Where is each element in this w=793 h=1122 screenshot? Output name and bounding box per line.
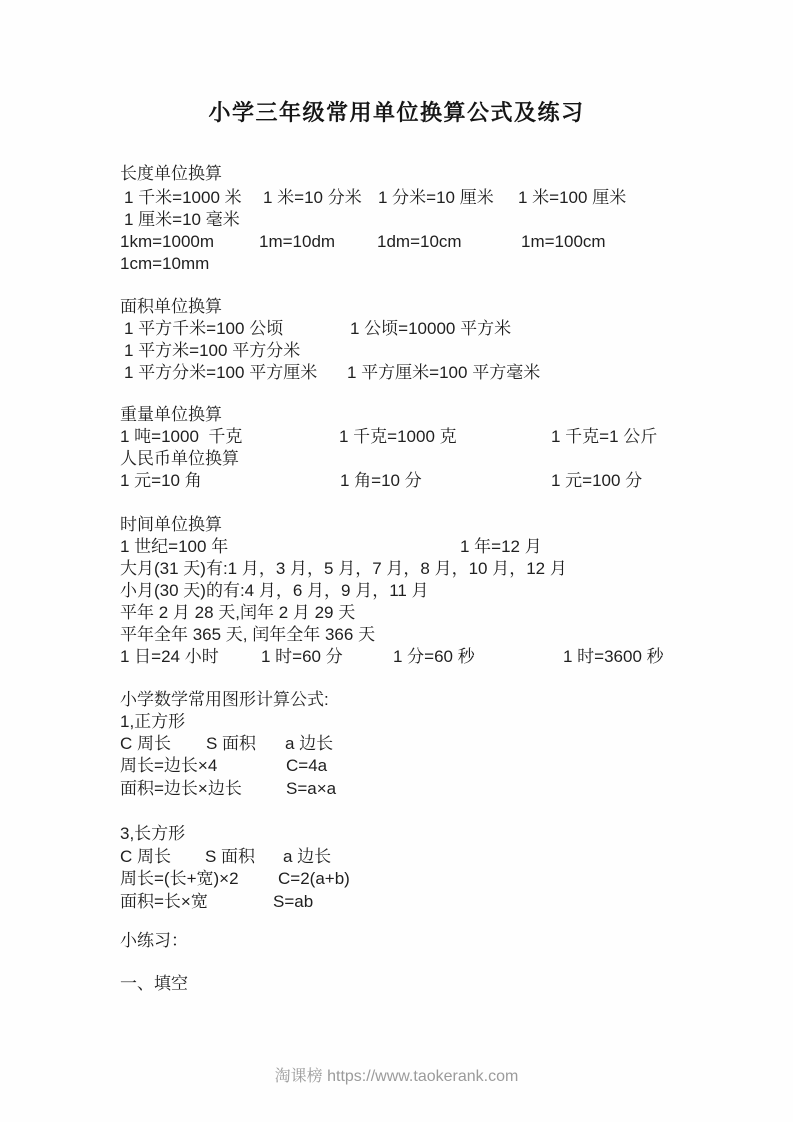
text-segment: 1 厘米=10 毫米 — [124, 209, 240, 231]
text-line: 1,正方形 — [0, 711, 793, 733]
text-line: 1cm=10mm — [0, 253, 793, 275]
text-line: 1 日=24 小时1 时=60 分1 分=60 秒1 时=3600 秒 — [0, 646, 793, 668]
text-line: 时间单位换算 — [0, 514, 793, 536]
text-segment: 1 元=10 角 — [120, 470, 202, 492]
text-line: 1 千米=1000 米1 米=10 分米1 分米=10 厘米1 米=100 厘米 — [0, 187, 793, 209]
text-segment: 重量单位换算 — [120, 404, 222, 426]
text-segment: 面积=边长×边长 — [120, 778, 242, 800]
text-segment: 1 时=3600 秒 — [563, 646, 664, 668]
text-line: 1 元=10 角1 角=10 分1 元=100 分 — [0, 470, 793, 492]
text-segment: 1 千克=1 公斤 — [551, 426, 657, 448]
text-segment: 时间单位换算 — [120, 514, 222, 536]
text-segment: 小练习： — [120, 930, 188, 952]
text-segment: S=ab — [273, 891, 313, 913]
text-segment: C=4a — [286, 755, 327, 777]
text-segment: S=a×a — [286, 778, 336, 800]
text-line: 1 平方千米=100 公顷1 公顷=10000 平方米 — [0, 318, 793, 340]
text-line: C 周长S 面积a 边长 — [0, 846, 793, 868]
text-segment: 周长=边长×4 — [120, 755, 217, 777]
text-segment: 1 平方千米=100 公顷 — [124, 318, 283, 340]
text-segment: 大月(31 天)有:1 月，3 月，5 月，7 月，8 月，10 月，12 月 — [120, 558, 567, 580]
text-line: 小学数学常用图形计算公式: — [0, 689, 793, 711]
text-segment: 1dm=10cm — [377, 231, 462, 253]
text-line: 小月(30 天)的有:4 月，6 月，9 月，11 月 — [0, 580, 793, 602]
text-segment: 1 分=60 秒 — [393, 646, 475, 668]
text-segment: 平年全年 365 天, 闰年全年 366 天 — [120, 624, 375, 646]
text-segment: 1 世纪=100 年 — [120, 536, 228, 558]
text-segment: C 周长 — [120, 846, 171, 868]
text-line: 重量单位换算 — [0, 404, 793, 426]
text-line: 平年 2 月 28 天,闰年 2 月 29 天 — [0, 602, 793, 624]
text-segment: 1 吨=1000 千克 — [120, 426, 242, 448]
text-segment: 一、填空 — [120, 973, 188, 995]
document-body: 长度单位换算1 千米=1000 米1 米=10 分米1 分米=10 厘米1 米=… — [0, 0, 793, 1122]
text-segment: 小学数学常用图形计算公式: — [120, 689, 329, 711]
text-line: 一、填空 — [0, 973, 793, 995]
text-line: C 周长S 面积a 边长 — [0, 733, 793, 755]
text-segment: 1 年=12 月 — [460, 536, 542, 558]
text-segment: 1 平方分米=100 平方厘米 — [124, 362, 317, 384]
text-segment: 1cm=10mm — [120, 253, 209, 275]
text-line: 1 世纪=100 年1 年=12 月 — [0, 536, 793, 558]
text-segment: 3,长方形 — [120, 823, 185, 845]
text-line: 3,长方形 — [0, 823, 793, 845]
text-segment: 1 公顷=10000 平方米 — [350, 318, 511, 340]
text-line: 人民币单位换算 — [0, 448, 793, 470]
text-segment: 1 米=100 厘米 — [518, 187, 626, 209]
text-segment: C=2(a+b) — [278, 868, 350, 890]
text-segment: 1,正方形 — [120, 711, 185, 733]
text-line: 面积=边长×边长S=a×a — [0, 778, 793, 800]
text-segment: 长度单位换算 — [120, 163, 222, 185]
text-line: 面积=长×宽S=ab — [0, 891, 793, 913]
text-segment: 面积单位换算 — [120, 296, 222, 318]
text-segment: 1 千米=1000 米 — [124, 187, 242, 209]
text-segment: 1 时=60 分 — [261, 646, 343, 668]
text-segment: 人民币单位换算 — [120, 448, 239, 470]
text-segment: a 边长 — [283, 846, 331, 868]
text-segment: 周长=(长+宽)×2 — [120, 868, 239, 890]
text-line: 1 吨=1000 千克1 千克=1000 克1 千克=1 公斤 — [0, 426, 793, 448]
text-segment: 1 米=10 分米 — [263, 187, 362, 209]
text-line: 周长=边长×4C=4a — [0, 755, 793, 777]
text-segment: 面积=长×宽 — [120, 891, 208, 913]
text-segment: S 面积 — [206, 733, 256, 755]
text-segment: 1 日=24 小时 — [120, 646, 219, 668]
text-segment: 1 平方厘米=100 平方毫米 — [347, 362, 540, 384]
document-page: 小学三年级常用单位换算公式及练习 长度单位换算1 千米=1000 米1 米=10… — [0, 0, 793, 1122]
text-segment: 1 平方米=100 平方分米 — [124, 340, 300, 362]
footer-text: 淘课榜 https://www.taokerank.com — [275, 1068, 519, 1085]
text-segment: 1 元=100 分 — [551, 470, 642, 492]
text-segment: 1km=1000m — [120, 231, 214, 253]
text-line: 1 平方分米=100 平方厘米1 平方厘米=100 平方毫米 — [0, 362, 793, 384]
text-segment: 1 分米=10 厘米 — [378, 187, 494, 209]
text-line: 1km=1000m1m=10dm1dm=10cm1m=100cm — [0, 231, 793, 253]
text-line: 长度单位换算 — [0, 163, 793, 185]
text-line: 大月(31 天)有:1 月，3 月，5 月，7 月，8 月，10 月，12 月 — [0, 558, 793, 580]
text-line: 1 平方米=100 平方分米 — [0, 340, 793, 362]
text-line: 面积单位换算 — [0, 296, 793, 318]
text-line: 平年全年 365 天, 闰年全年 366 天 — [0, 624, 793, 646]
text-line: 周长=(长+宽)×2C=2(a+b) — [0, 868, 793, 890]
text-line: 1 厘米=10 毫米 — [0, 209, 793, 231]
footer-watermark: 淘课榜 https://www.taokerank.com — [0, 1066, 793, 1088]
text-segment: 1m=10dm — [259, 231, 335, 253]
text-segment: 小月(30 天)的有:4 月，6 月，9 月，11 月 — [120, 580, 429, 602]
text-segment: 1 角=10 分 — [340, 470, 422, 492]
text-segment: C 周长 — [120, 733, 171, 755]
text-segment: 1 千克=1000 克 — [339, 426, 457, 448]
text-segment: 平年 2 月 28 天,闰年 2 月 29 天 — [120, 602, 355, 624]
text-segment: 1m=100cm — [521, 231, 606, 253]
text-line: 小练习： — [0, 930, 793, 952]
text-segment: S 面积 — [205, 846, 255, 868]
text-segment: a 边长 — [285, 733, 333, 755]
